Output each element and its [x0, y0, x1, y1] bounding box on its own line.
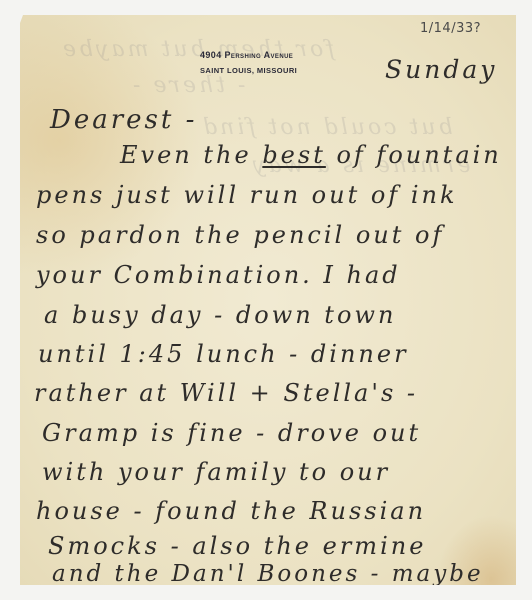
archival-date-annotation: 1/14/33?	[420, 21, 481, 36]
letterhead-address-line2: Saint Louis, Missouri	[200, 63, 400, 79]
letter-line: Smocks - also the ermine	[48, 534, 426, 558]
bleed-through-text: but could not find	[200, 115, 453, 140]
letter-line: Even the best of fountain	[120, 143, 502, 167]
letter-line: your Combination. I had	[36, 263, 401, 287]
letter-line: rather at Will + Stella's -	[34, 381, 418, 405]
letter-salutation: Dearest -	[50, 107, 197, 133]
letter-line: pens just will run out of ink	[36, 183, 458, 207]
letter-line: with your family to our	[42, 460, 390, 484]
letter-line: so pardon the pencil out of	[36, 223, 444, 247]
letter-line: a busy day - down town	[44, 303, 396, 327]
letterhead: 4904 Pershing Avenue Saint Louis, Missou…	[200, 47, 400, 79]
letter-line: Gramp is fine - drove out	[42, 421, 421, 445]
emphasized-word: best	[262, 141, 326, 169]
letter-line: until 1:45 lunch - dinner	[38, 342, 409, 366]
letter-line: and the Dan'l Boones - maybe	[52, 563, 484, 586]
letter-line: house - found the Russian	[36, 499, 426, 523]
letter-day: Sunday	[385, 57, 497, 82]
letter-page: for them but maybe - there - but could n…	[20, 15, 516, 585]
letterhead-address-line1: 4904 Pershing Avenue	[200, 47, 400, 63]
